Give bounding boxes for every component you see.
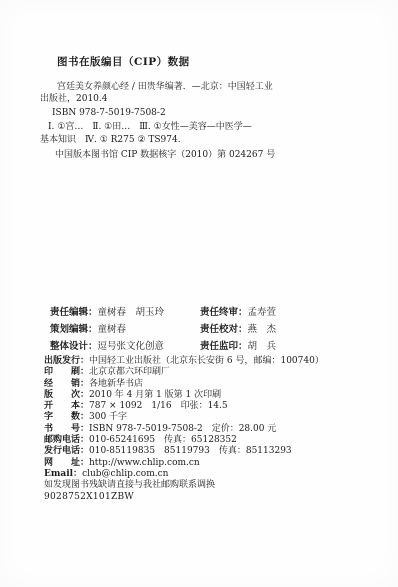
staff-value: 燕 杰 — [248, 324, 277, 335]
staff-row: 整体设计：逗号张文化创意 责任监印：胡 兵 — [50, 338, 378, 355]
cip-heading: 图书在版编目（CIP）数据 — [57, 54, 190, 69]
staff-cell: 责任校对：燕 杰 — [200, 321, 276, 338]
publishing-value: 010-65241695 传真：65128352 — [89, 435, 237, 445]
publishing-label: 邮购电话： — [44, 435, 89, 445]
publishing-value: http://www.chlip.com.cn — [89, 458, 200, 468]
publishing-block: 出版发行：中国轻工业出版社（北京东长安街 6 号，邮编：100740） 印 刷：… — [44, 356, 384, 503]
publishing-value: 010-85119835 85119793 传真：85113293 — [89, 446, 292, 456]
publishing-row: 发行电话：010-85119835 85119793 传真：85113293 — [44, 446, 384, 457]
publishing-label: 发行电话： — [44, 446, 89, 456]
book-copyright-page: 图书在版编目（CIP）数据 宫廷美女养颜心经 / 田贵华编著．—北京：中国轻工业… — [0, 0, 398, 587]
staff-label: 整体设计： — [50, 341, 98, 352]
publishing-value: 北京京都六环印刷厂 — [89, 367, 170, 377]
publishing-label: 开 本： — [44, 401, 89, 411]
staff-label: 责任校对： — [200, 324, 248, 335]
staff-value: 逗号张文化创意 — [98, 341, 165, 352]
staff-cell: 策划编辑：童树春 — [50, 321, 200, 338]
print-code: 9028752X101ZBW — [44, 492, 384, 503]
publishing-row: 邮购电话：010-65241695 传真：65128352 — [44, 435, 384, 446]
staff-value: 童树春 — [98, 324, 127, 335]
staff-cell: 责任终审：孟寿萱 — [200, 304, 276, 321]
publishing-row: 字 数：300 千字 — [44, 412, 384, 423]
cip-classification-line: Ⅰ. ①宫… Ⅱ. ①田… Ⅲ. ①女性—美容—中医学— — [48, 121, 370, 133]
publishing-label: 经 销： — [44, 379, 89, 389]
publishing-row: 书 号：ISBN 978-7-5019-7508-2 定价：28.00 元 — [44, 424, 384, 435]
publishing-label: 印 刷： — [44, 367, 89, 377]
publishing-row: 出版发行：中国轻工业出版社（北京东长安街 6 号，邮编：100740） — [44, 356, 384, 367]
publishing-row: 经 销：各地新华书店 — [44, 379, 384, 390]
publishing-value: 300 千字 — [89, 412, 127, 422]
publishing-row: 印 刷：北京京都六环印刷厂 — [44, 367, 384, 378]
cip-isbn: ISBN 978-7-5019-7508-2 — [52, 107, 370, 119]
staff-value: 童树春 胡玉玲 — [98, 307, 165, 318]
publishing-value: 各地新华书店 — [89, 379, 143, 389]
staff-label: 策划编辑： — [50, 324, 98, 335]
publishing-label: 版 次： — [44, 390, 89, 400]
publishing-value: 787 × 1092 1/16 印张：14.5 — [89, 401, 228, 411]
publishing-value: ISBN 978-7-5019-7508-2 定价：28.00 元 — [89, 424, 276, 434]
publishing-label: 出版发行： — [44, 356, 89, 366]
publishing-label: 网 址： — [44, 458, 89, 468]
publishing-row: 版 次：2010 年 4 月第 1 版第 1 次印刷 — [44, 390, 384, 401]
publishing-value: 中国轻工业出版社（北京东长安街 6 号，邮编：100740） — [89, 356, 324, 366]
publishing-value: 2010 年 4 月第 1 版第 1 次印刷 — [89, 390, 221, 400]
publishing-value: club@chlip.com.cn — [82, 469, 168, 479]
publishing-label: 字 数： — [44, 412, 89, 422]
publishing-label: 书 号： — [44, 424, 89, 434]
staff-block: 责任编辑：童树春 胡玉玲 责任终审：孟寿萱 策划编辑：童树春 责任校对：燕 杰 … — [50, 304, 378, 355]
cip-classification-line: 基本知识 Ⅳ. ① R275 ② TS974. — [40, 134, 370, 146]
staff-cell: 整体设计：逗号张文化创意 — [50, 338, 200, 355]
cip-title-line: 出版社，2010.4 — [40, 93, 370, 105]
staff-label: 责任编辑： — [50, 307, 98, 318]
publishing-row: 网 址：http://www.chlip.com.cn — [44, 458, 384, 469]
staff-row: 策划编辑：童树春 责任校对：燕 杰 — [50, 321, 378, 338]
staff-label: 责任监印： — [200, 341, 248, 352]
staff-value: 孟寿萱 — [248, 307, 277, 318]
staff-value: 胡 兵 — [248, 341, 277, 352]
publishing-row: Email：club@chlip.com.cn — [44, 469, 384, 480]
publishing-row: 开 本：787 × 1092 1/16 印张：14.5 — [44, 401, 384, 412]
cip-title-line: 宫廷美女养颜心经 / 田贵华编著．—北京：中国轻工业 — [57, 81, 370, 93]
publishing-label: Email： — [44, 469, 82, 479]
staff-cell: 责任编辑：童树春 胡玉玲 — [50, 304, 200, 321]
cip-block: 宫廷美女养颜心经 / 田贵华编著．—北京：中国轻工业 出版社，2010.4 IS… — [40, 81, 370, 161]
staff-row: 责任编辑：童树春 胡玉玲 责任终审：孟寿萱 — [50, 304, 378, 321]
staff-cell: 责任监印：胡 兵 — [200, 338, 276, 355]
exchange-note: 如发现图书残缺请直接与我社邮购联系调换 — [44, 480, 384, 491]
staff-label: 责任终审： — [200, 307, 248, 318]
cip-number: 中国版本图书馆 CIP 数据核字（2010）第 024267 号 — [55, 149, 370, 161]
